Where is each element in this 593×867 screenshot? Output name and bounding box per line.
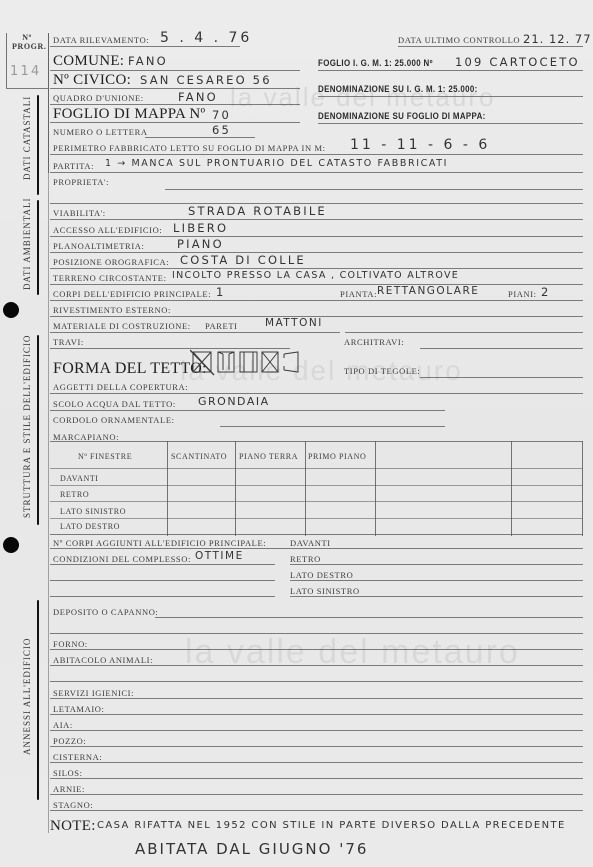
- quadro-value: FANO: [178, 90, 218, 104]
- aia-label: AIA:: [53, 720, 73, 730]
- quadro-label: QUADRO D'UNIONE:: [53, 93, 144, 103]
- table-header: PIANO TERRA: [239, 452, 298, 461]
- arnie-label: ARNIE:: [53, 784, 85, 794]
- planoaltimetria-label: PLANOALTIMETRIA:: [53, 241, 144, 251]
- cordolo-label: CORDOLO ORNAMENTALE:: [53, 415, 175, 425]
- rivestimento-label: RIVESTIMENTO ESTERNO:: [53, 305, 171, 315]
- terreno-value: INCOLTO PRESSO LA CASA , COLTIVATO ALTRO…: [172, 270, 459, 281]
- condizioni-label: CONDIZIONI DEL COMPLESSO:: [53, 554, 191, 564]
- viabilita-value: STRADA ROTABILE: [188, 204, 327, 218]
- igm-value: 109 CARTOCETO: [455, 55, 580, 69]
- data-ultimo-controllo-value: 21. 12. 77: [523, 32, 592, 46]
- travi-label: TRAVI:: [53, 337, 84, 347]
- viabilita-label: VIABILITA':: [53, 208, 106, 218]
- tetto-label: FORMA DEL TETTO:: [53, 360, 207, 378]
- terreno-label: TERRENO CIRCOSTANTE:: [53, 273, 167, 283]
- civico-value: SAN CESAREO 56: [140, 73, 272, 87]
- pianta-value: RETTANGOLARE: [377, 285, 479, 297]
- aggiunti-sinistro-label: LATO SINISTRO: [290, 586, 360, 596]
- accesso-value: LIBERO: [173, 221, 228, 235]
- roof-falda-unica-icon: [284, 352, 298, 372]
- planoaltimetria-value: PIANO: [177, 237, 224, 251]
- comune-label: COMUNE:: [53, 53, 124, 70]
- piani-value: 2: [541, 285, 551, 299]
- numero-value: 65: [212, 123, 231, 137]
- corpi-label: CORPI DELL'EDIFICIO PRINCIPALE:: [53, 289, 211, 299]
- aggiunti-destro-label: LATO DESTRO: [290, 570, 353, 580]
- roof-padiglione-icon: [190, 350, 214, 375]
- civico-label: Nº CIVICO:: [53, 72, 131, 89]
- data-ultimo-controllo-label: DATA ULTIMO CONTROLLO: [398, 35, 520, 45]
- table-header: PRIMO PIANO: [308, 452, 366, 461]
- deposito-label: DEPOSITO o CAPANNO:: [53, 607, 158, 617]
- silos-label: SILOS:: [53, 768, 83, 778]
- aggetti-label: AGGETTI DELLA COPERTURA:: [53, 382, 188, 392]
- igm-label: FOGLIO I. G. M. 1: 25.000 Nº: [318, 58, 433, 68]
- table-row-label: DAVANTI: [60, 474, 99, 483]
- condizioni-value: OTTIME: [195, 550, 244, 562]
- punch-hole: [3, 302, 19, 318]
- abitacolo-label: ABITACOLO ANIMALI:: [53, 655, 153, 665]
- proprieta-label: PROPRIETA':: [53, 177, 109, 187]
- roof-capanna-corta-icon: [240, 352, 257, 372]
- aggiunti-davanti-label: DAVANTI: [290, 538, 331, 548]
- survey-form-page: la valle del metauro la valle del metaur…: [0, 0, 593, 867]
- architravi-label: ARCHITRAVI:: [344, 337, 404, 347]
- stagno-label: STAGNO:: [53, 800, 93, 810]
- watermark: la valle del metauro: [185, 633, 520, 672]
- section-label-annessi: ANNESSI ALL'EDIFICIO: [22, 638, 32, 755]
- note-line-1: CASA RIFATTA NEL 1952 CON STILE IN PARTE…: [97, 820, 566, 831]
- pareti-value: MATTONI: [265, 317, 323, 329]
- accesso-label: ACCESSO ALL'EDIFICIO:: [53, 225, 162, 235]
- perimetro-label: PERIMETRO FABBRICATO LETTO SU FOGLIO DI …: [53, 143, 326, 153]
- comune-value: FANO: [128, 54, 168, 68]
- partita-label: PARTITA:: [53, 161, 94, 171]
- data-rilevamento-label: DATA RILEVAMENTO:: [53, 35, 149, 45]
- roof-shape-options[interactable]: [190, 349, 302, 377]
- numero-label: NUMERO o LETTERA: [53, 127, 148, 137]
- foglio-label: FOGLIO DI MAPPA Nº: [53, 106, 205, 123]
- piani-label: PIANI:: [508, 289, 537, 299]
- table-row-label: LATO DESTRO: [60, 522, 120, 531]
- table-row-label: LATO SINISTRO: [60, 507, 126, 516]
- scolo-label: SCOLO ACQUA DAL TETTO:: [53, 399, 176, 409]
- section-label-catastali: DATI CATASTALI: [22, 96, 32, 180]
- den-igm-label: DENOMINAZIONE SU I. G. M. 1: 25.000:: [318, 84, 478, 94]
- den-mappa-label: DENOMINAZIONE SU FOGLIO DI MAPPA:: [318, 111, 486, 121]
- letamaio-label: LETAMAIO:: [53, 704, 104, 714]
- corpi-value: 1: [216, 285, 226, 299]
- roof-padiglione-alt-icon: [262, 352, 278, 372]
- n-progr-label: Nº PROGR.: [12, 33, 42, 51]
- cisterna-label: CISTERNA:: [53, 752, 102, 762]
- note-line-2: ABITATA DAL GIUGNO '76: [135, 840, 368, 858]
- partita-value: 1 → MANCA SUL PRONTUARIO DEL CATASTO FAB…: [105, 158, 448, 169]
- servizi-label: SERVIZI IGIENICI:: [53, 688, 134, 698]
- note-label: NOTE:: [50, 818, 96, 835]
- materiale-label: MATERIALE DI COSTRUZIONE:: [53, 321, 191, 331]
- aggiunti-retro-label: RETRO: [290, 554, 321, 564]
- roof-capanna-lunga-icon: [218, 352, 234, 372]
- table-header: SCANTINATO: [171, 452, 227, 461]
- scolo-value: GRONDAIA: [198, 395, 270, 408]
- data-rilevamento-value: 5 . 4 . 76: [160, 30, 252, 46]
- n-progr-value: 114: [10, 64, 41, 79]
- pozzo-label: POZZO:: [53, 736, 86, 746]
- table-header: Nº FINESTRE: [78, 452, 132, 461]
- perimetro-value: 11 - 11 - 6 - 6: [350, 137, 490, 153]
- pianta-label: PIANTA:: [340, 289, 377, 299]
- posizione-label: POSIZIONE OROGRAFICA:: [53, 257, 169, 267]
- section-label-struttura: STRUTTURA E STILE DELL'EDIFICIO: [22, 335, 32, 518]
- aggiunti-label: Nº CORPI AGGIUNTI ALL'EDIFICIO PRINCIPAL…: [53, 538, 266, 548]
- posizione-value: COSTA DI COLLE: [180, 253, 306, 267]
- forno-label: FORNO:: [53, 639, 88, 649]
- tegole-label: TIPO DI TEGOLE:: [344, 366, 420, 376]
- table-row-label: RETRO: [60, 490, 89, 499]
- pareti-label: PARETI: [205, 321, 238, 331]
- foglio-value: 70: [212, 108, 231, 122]
- punch-hole: [3, 537, 19, 553]
- section-label-ambientali: DATI AMBIENTALI: [22, 197, 32, 290]
